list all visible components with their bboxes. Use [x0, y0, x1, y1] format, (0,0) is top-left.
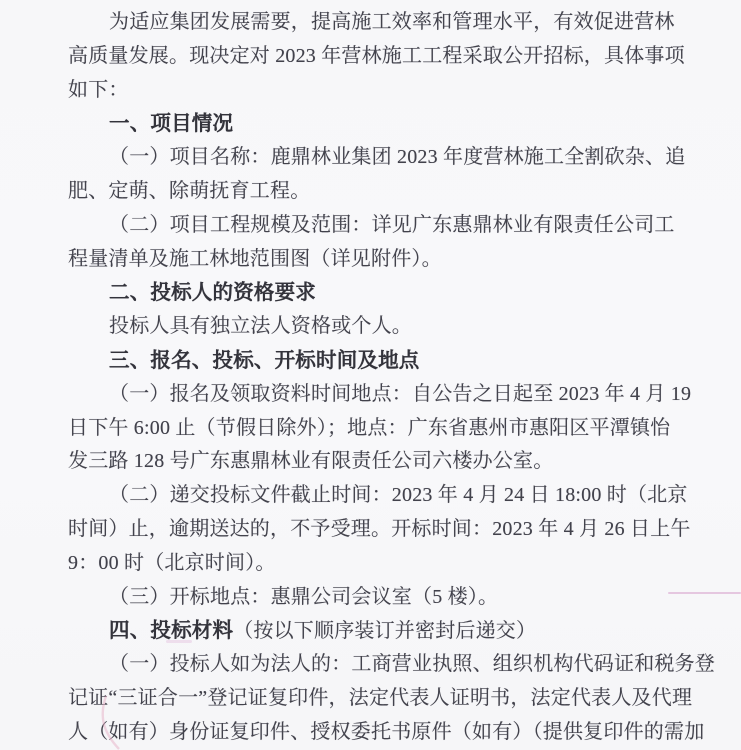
scan-artifact-pink-line	[668, 592, 741, 594]
body-text: （按以下顺序装订并密封后递交）	[233, 620, 536, 642]
text-line: 如下：	[68, 74, 718, 108]
text-line: 三、报名、投标、开标时间及地点	[68, 344, 718, 378]
body-text: （二）递交投标文件截止时间：2023 年 4 月 24 日 18:00 时（北京	[109, 484, 688, 506]
text-line: 程量清单及施工林地范围图（详见附件）。	[68, 243, 718, 277]
body-text: 时间）止，逾期送达的，不予受理。开标时间：2023 年 4 月 26 日上午	[68, 518, 691, 540]
body-text: 肥、定萌、除萌抚育工程。	[68, 180, 310, 202]
text-line: （二）递交投标文件截止时间：2023 年 4 月 24 日 18:00 时（北京	[68, 479, 718, 513]
text-line: 日下午 6:00 止（节假日除外）；地点：广东省惠州市惠阳区平潭镇怡	[68, 412, 718, 446]
heading-text: 三、报名、投标、开标时间及地点	[109, 349, 420, 372]
text-line: （一）报名及领取资料时间地点：自公告之日起至 2023 年 4 月 19	[68, 378, 718, 412]
text-line: （三）开标地点：惠鼎公司会议室（5 楼）。	[68, 581, 718, 615]
text-line: 一、项目情况	[68, 107, 718, 141]
body-text: 发三路 128 号广东惠鼎林业有限责任公司六楼办公室。	[68, 450, 553, 472]
text-line: 肥、定萌、除萌抚育工程。	[68, 175, 718, 209]
heading-text: 一、项目情况	[109, 112, 233, 135]
text-line: 发三路 128 号广东惠鼎林业有限责任公司六楼办公室。	[68, 445, 718, 479]
body-text: 为适应集团发展需要，提高施工效率和管理水平，有效促进营林	[109, 11, 675, 33]
body-text: 如下：	[68, 79, 129, 101]
text-line: （二）项目工程规模及范围：详见广东惠鼎林业有限责任公司工	[68, 209, 718, 243]
scan-artifact-smudge	[166, 640, 192, 643]
stamp-arc-artifact	[40, 630, 240, 750]
text-line: 二、投标人的资格要求	[68, 276, 718, 310]
body-text: 高质量发展。现决定对 2023 年营林施工工程采取公开招标，具体事项	[68, 45, 685, 67]
body-text: 9：00 时（北京时间）。	[68, 552, 276, 574]
text-line: 高质量发展。现决定对 2023 年营林施工工程采取公开招标，具体事项	[68, 40, 718, 74]
text-line: （一）项目名称：鹿鼎林业集团 2023 年度营林施工全割砍杂、追	[68, 141, 718, 175]
body-text: （一）报名及领取资料时间地点：自公告之日起至 2023 年 4 月 19	[109, 383, 691, 405]
body-text: 日下午 6:00 止（节假日除外）；地点：广东省惠州市惠阳区平潭镇怡	[68, 417, 670, 439]
heading-text: 二、投标人的资格要求	[109, 281, 316, 304]
text-line: 投标人具有独立法人资格或个人。	[68, 310, 718, 344]
text-line: 时间）止，逾期送达的，不予受理。开标时间：2023 年 4 月 26 日上午	[68, 513, 718, 547]
body-text: （三）开标地点：惠鼎公司会议室（5 楼）。	[109, 586, 498, 608]
scanned-document-page: 为适应集团发展需要，提高施工效率和管理水平，有效促进营林高质量发展。现决定对 2…	[0, 0, 741, 750]
body-text: （二）项目工程规模及范围：详见广东惠鼎林业有限责任公司工	[109, 214, 675, 236]
body-text: 投标人具有独立法人资格或个人。	[109, 315, 412, 337]
text-line: 为适应集团发展需要，提高施工效率和管理水平，有效促进营林	[68, 6, 718, 40]
body-text: 程量清单及施工林地范围图（详见附件）。	[68, 248, 442, 270]
body-text: （一）项目名称：鹿鼎林业集团 2023 年度营林施工全割砍杂、追	[109, 146, 685, 168]
text-line: 9：00 时（北京时间）。	[68, 547, 718, 581]
